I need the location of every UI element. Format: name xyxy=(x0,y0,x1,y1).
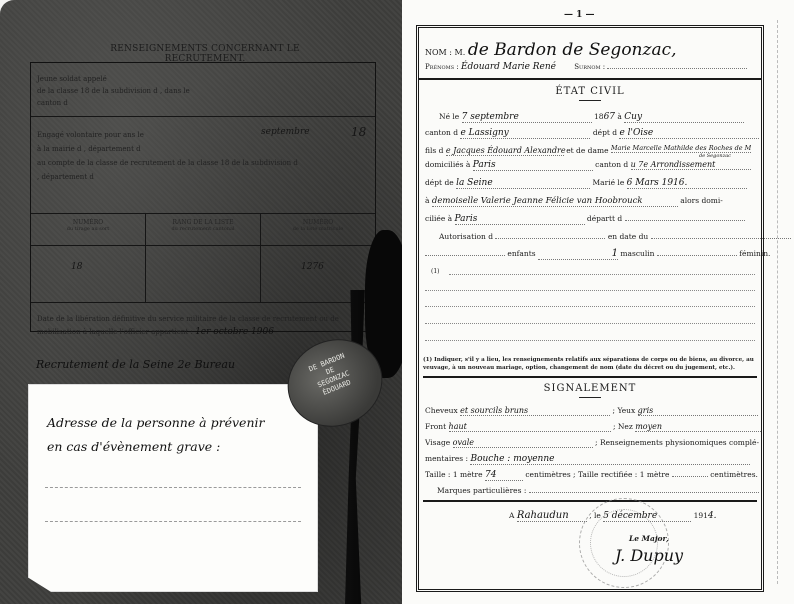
notes-line-5[interactable] xyxy=(425,340,755,341)
nom-label: NOM : M. xyxy=(425,48,465,57)
mariage-row: dépt de la Seine Marié le 6 Mars 1916. xyxy=(425,178,755,189)
signature-a-label: A xyxy=(509,511,514,520)
domicilies-value: Paris xyxy=(473,160,593,171)
mentaires-row: mentaires : Bouche : moyenne xyxy=(425,454,755,465)
engagement-hand-num: 18 xyxy=(351,125,366,139)
signature-role: Le Major, xyxy=(629,534,755,543)
signature-place-row: A Rahaudun , le 5 décembre 1914. xyxy=(509,510,755,522)
father-name: e Jacques Édouard Alexandre xyxy=(446,146,564,156)
taille-value: 74 xyxy=(485,470,523,481)
taille-label: Taille : 1 mètre xyxy=(425,470,483,479)
domicilies-label: domiciliés à xyxy=(425,160,470,169)
engagement-line-4: , département d xyxy=(37,173,94,181)
divider xyxy=(423,376,757,378)
visage-value: ovale xyxy=(453,438,593,448)
depart-label: départt d xyxy=(587,214,622,223)
signature-year: 4. xyxy=(708,511,717,521)
cheveux-label: Cheveux xyxy=(425,406,458,415)
prenoms-row: Prénoms : Édouard Marie René Surnom : xyxy=(425,62,755,72)
marques-label: Marques particulières : xyxy=(437,486,526,495)
page-number: — 1 — xyxy=(564,10,595,20)
fils-label: fils d xyxy=(425,146,443,155)
value-matricule: 1276 xyxy=(301,262,324,272)
a-label: à xyxy=(617,112,621,121)
major-signature: J. Dupuy xyxy=(615,546,755,565)
military-record-form: NOM : M. de Bardon de Segonzac, Prénoms … xyxy=(416,25,764,592)
dept-label: dépt d xyxy=(593,128,617,137)
spouse-row: à demoiselle Valerie Jeanne Félicie van … xyxy=(425,196,755,207)
notes-line-2[interactable] xyxy=(425,290,755,291)
address-card-label: Adresse de la personne à prévenir en cas… xyxy=(47,411,264,459)
birth-place: Cuy xyxy=(624,112,744,123)
en-date-value xyxy=(651,238,791,239)
spouse-name: demoiselle Valerie Jeanne Félicie van Ho… xyxy=(432,196,678,207)
header-rang-2: du recrutement cantonal xyxy=(146,226,260,232)
recruit-section: Jeune soldat appelé de la classe 18 de l… xyxy=(31,63,375,117)
address-line-1[interactable] xyxy=(45,487,301,488)
footnote: (1) Indiquer, s'il y a lieu, les renseig… xyxy=(423,356,757,372)
engagement-line-1: Engagé volontaire pour ans le xyxy=(37,131,144,139)
dep2-value: la Seine xyxy=(456,178,590,189)
nez-label: ; Nez xyxy=(613,422,633,431)
birth-year: 67 xyxy=(604,112,615,122)
header-matricule-1: NUMÉRO xyxy=(261,214,375,226)
cheveux-value: et sourcils bruns xyxy=(460,406,610,416)
surnom-label: Surnom : xyxy=(574,63,605,71)
centimetres-label: centimètres ; Taille rectifiée : 1 mètre xyxy=(525,470,669,479)
front-value: haut xyxy=(449,422,611,432)
divider xyxy=(423,500,757,502)
nom-value: de Bardon de Segonzac, xyxy=(468,40,677,60)
mother-name-suffix: de Segonzac xyxy=(699,153,755,159)
ne-le-label: Né le xyxy=(439,112,459,121)
page-edge xyxy=(777,20,778,584)
liberation-date: 1er octobre 1906 xyxy=(195,327,274,337)
spouse-domicile-row: ciliée à Paris départt d xyxy=(425,214,755,225)
alors-label: alors domi- xyxy=(680,196,723,205)
autorisation-label: Autorisation d xyxy=(439,232,493,241)
header-rang-1: RANG DE LA LISTE xyxy=(146,214,260,226)
surnom-value xyxy=(607,68,747,69)
table-col-rang: RANG DE LA LISTE du recrutement cantonal xyxy=(146,214,261,302)
enfants-row: enfants 1 masculin féminin. xyxy=(425,248,755,260)
centimetres2-label: centimètres. xyxy=(710,470,758,479)
demoiselle-label: à xyxy=(425,196,429,205)
enfants-label: enfants xyxy=(507,249,535,258)
naissance-row: Né le 7 septembre 1867 à Cuy xyxy=(425,112,755,123)
visage-row: Visage ovale ; Renseignements physionomi… xyxy=(425,438,755,448)
front-label: Front xyxy=(425,422,446,431)
recruit-line-3: canton d xyxy=(37,99,68,107)
autorisation-row: Autorisation d en date du xyxy=(425,232,755,241)
signature-date: 5 décembre xyxy=(603,511,691,522)
visage-label: Visage xyxy=(425,438,450,447)
value-tirage: 18 xyxy=(71,262,82,272)
marques-value xyxy=(529,492,759,493)
marie-label: Marié le xyxy=(592,178,624,187)
liberation-label: Date de la libération définitive du serv… xyxy=(37,315,339,336)
address-line-2[interactable] xyxy=(45,521,301,522)
ne-le-value: 7 septembre xyxy=(462,112,592,123)
table-col-tirage: NUMÉRO du tirage au sort 18 xyxy=(31,214,146,302)
notes-line-3[interactable] xyxy=(425,306,755,307)
feminin-label: féminin. xyxy=(739,249,770,258)
masculin-value: 1 xyxy=(538,248,618,260)
ciliee-label: ciliée à xyxy=(425,214,452,223)
table-col-matricule: NUMÉRO de la liste matricule 1276 xyxy=(261,214,375,302)
recruitment-bureau-note: Recrutement de la Seine 2e Bureau xyxy=(36,358,235,371)
spouse-domicile: Paris xyxy=(455,214,585,225)
signature-year-prefix: 191 xyxy=(694,511,708,520)
feminin-value xyxy=(657,255,737,256)
address-label-line-1: Adresse de la personne à prévenir xyxy=(47,411,264,435)
left-page-recruitment: RENSEIGNEMENTS CONCERNANT LE RECRUTEMENT… xyxy=(0,0,402,604)
masculin-label: masculin xyxy=(620,249,654,258)
engagement-section: Engagé volontaire pour ans le à la mairi… xyxy=(31,117,375,213)
divider xyxy=(419,78,761,80)
autorisation-value xyxy=(495,238,605,239)
taille-row: Taille : 1 mètre 74 centimètres ; Taille… xyxy=(425,470,755,481)
header-tirage-1: NUMÉRO xyxy=(31,214,145,226)
header-matricule-2: de la liste matricule xyxy=(261,226,375,232)
marriage-date: 6 Mars 1916. xyxy=(627,178,747,189)
recruit-line-2: de la classe 18 de la subdivision d , da… xyxy=(37,87,190,95)
renseignements-label: ; Renseignements physionomiques complé- xyxy=(595,438,759,447)
dame-label: et de dame xyxy=(566,146,608,155)
prenoms-value: Édouard Marie René xyxy=(461,62,556,72)
marques-row: Marques particulières : xyxy=(425,486,755,495)
header-tirage-2: du tirage au sort xyxy=(31,226,145,232)
mentaires-value: Bouche : moyenne xyxy=(470,454,750,465)
recruitment-heading: RENSEIGNEMENTS CONCERNANT LE RECRUTEMENT… xyxy=(70,44,340,64)
recruitment-box: Jeune soldat appelé de la classe 18 de l… xyxy=(30,62,376,332)
emergency-address-card: Adresse de la personne à prévenir en cas… xyxy=(28,384,318,592)
engagement-hand-date: septembre xyxy=(261,127,310,137)
notes-line-1[interactable] xyxy=(449,274,755,275)
canton-value: e Lassigny xyxy=(460,128,590,139)
prenoms-label: Prénoms : xyxy=(425,63,459,71)
yeux-label: ; Yeux xyxy=(613,406,636,415)
recruit-line-1: Jeune soldat appelé xyxy=(37,75,107,83)
enfants-value xyxy=(425,255,505,256)
dept-value: e l'Oise xyxy=(619,128,759,139)
domicile-row: domiciliés à Paris canton d u 7e Arrondi… xyxy=(425,160,755,171)
canton2-value: u 7e Arrondissement xyxy=(631,160,751,170)
recruitment-table: NUMÉRO du tirage au sort 18 RANG DE LA L… xyxy=(31,213,375,303)
liberation-text: Date de la libération définitive du serv… xyxy=(37,313,369,339)
right-page-civil-status: — 1 — NOM : M. de Bardon de Segonzac, Pr… xyxy=(402,0,794,604)
signature-place: Rahaudun xyxy=(517,510,587,522)
front-row: Front haut ; Nez moyen xyxy=(425,422,755,432)
cheveux-row: Cheveux et sourcils bruns ; Yeux gris xyxy=(425,406,755,416)
canton-row: canton d e Lassigny dépt d e l'Oise xyxy=(425,128,755,139)
depart-value xyxy=(625,220,745,221)
notes-line-4[interactable] xyxy=(425,323,755,324)
year-prefix: 18 xyxy=(594,112,604,121)
canton2-label: canton d xyxy=(595,160,628,169)
signature-le-label: , le xyxy=(589,511,601,520)
etat-civil-title: ÉTAT CIVIL xyxy=(419,86,761,101)
engagement-line-2: à la mairie d , département d xyxy=(37,145,141,153)
dep2-label: dépt de xyxy=(425,178,454,187)
mentaires-label: mentaires : xyxy=(425,454,468,463)
canton-label: canton d xyxy=(425,128,458,137)
nom-row: NOM : M. de Bardon de Segonzac, xyxy=(425,40,755,60)
engagement-line-3: au compte de la classe de recrutement de… xyxy=(37,159,298,167)
taille-rectifiee-value xyxy=(672,476,708,477)
yeux-value: gris xyxy=(638,406,758,416)
mother-name: Marie Marcelle Mathilde des Roches de Me… xyxy=(611,144,751,153)
en-date-label: en date du xyxy=(608,232,648,241)
signalement-title: SIGNALEMENT xyxy=(419,383,761,398)
address-label-line-2: en cas d'évènement grave : xyxy=(47,435,264,459)
nez-value: moyen xyxy=(635,422,761,432)
